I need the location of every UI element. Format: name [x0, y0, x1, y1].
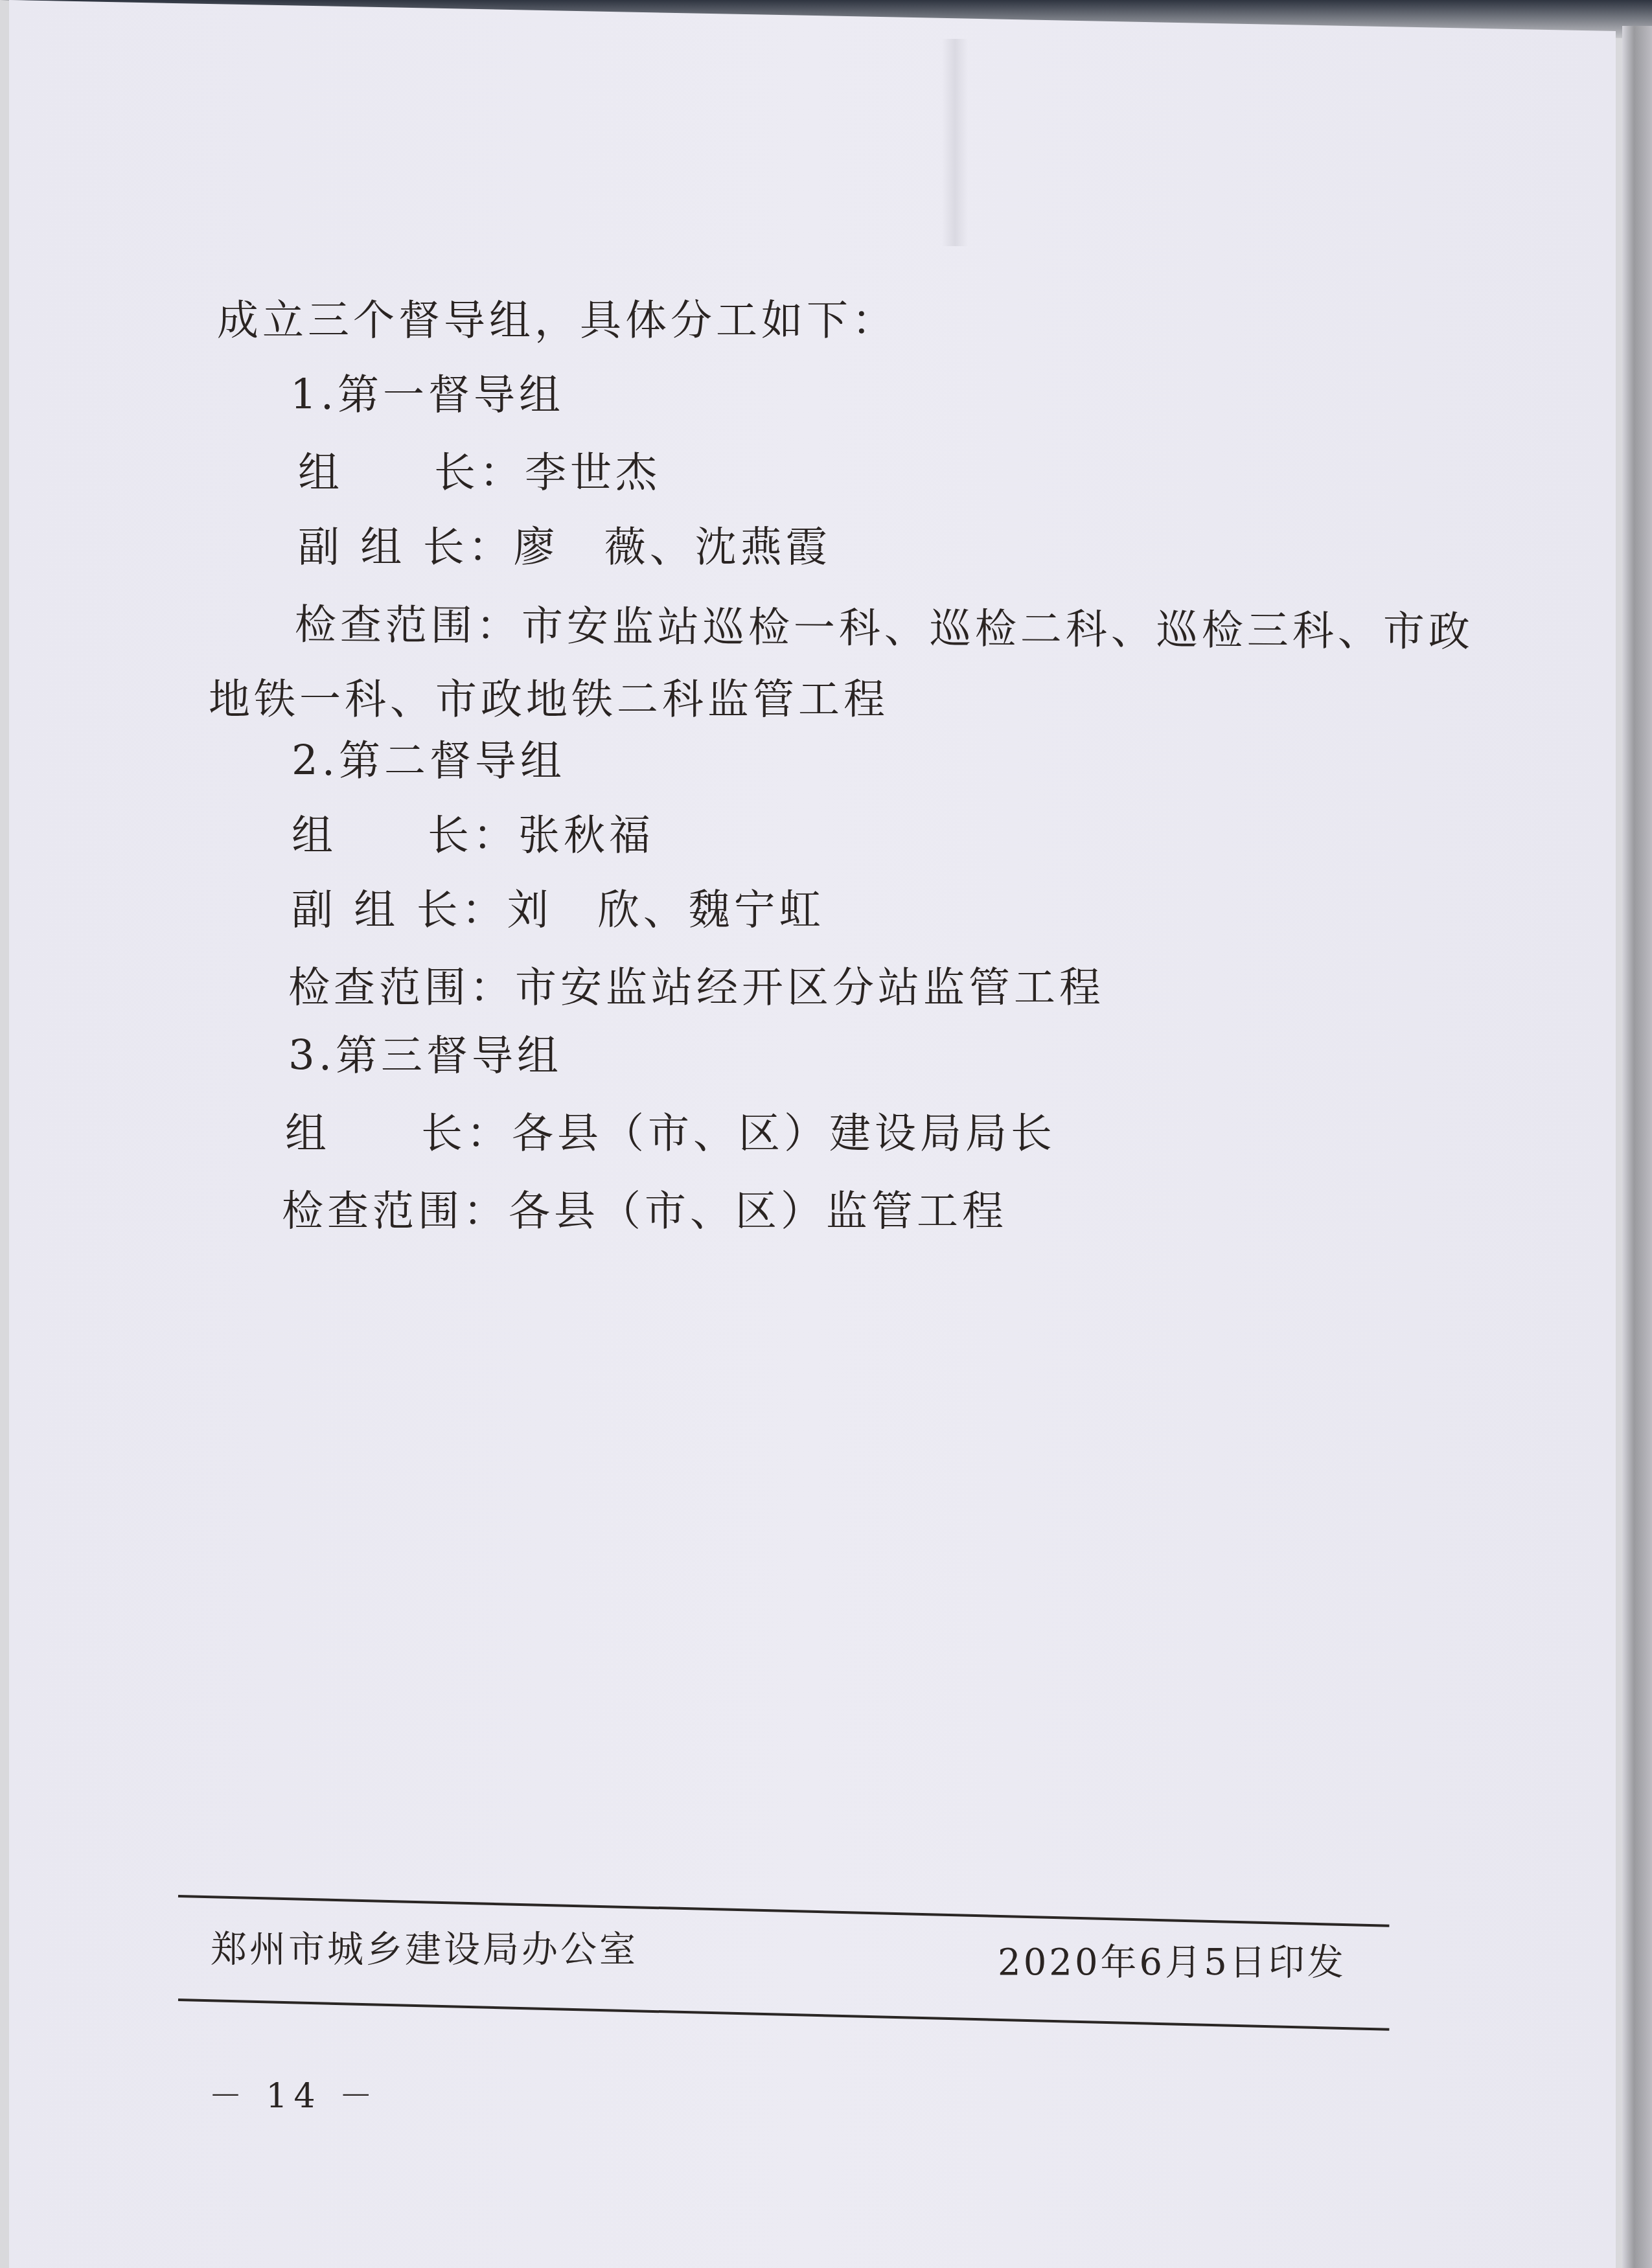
leader-name: 李世杰: [525, 449, 661, 497]
page-right-edge: [1622, 26, 1652, 2268]
leader-label: 组 长：: [285, 1110, 512, 1158]
deputy-label: 副 组 长：: [298, 523, 514, 571]
group-1-scope-continued: 地铁一科、市政地铁二科监管工程: [209, 674, 889, 726]
group-3-heading: 3.第三督导组: [288, 1030, 562, 1082]
group-3-leader: 组 长：各县（市、区）建设局局长: [285, 1108, 1056, 1160]
scope-text: 市安监站巡检一科、巡检二科、巡检三科、市政: [522, 602, 1474, 656]
page-number: － 14 －: [209, 2068, 379, 2117]
group-1-scope: 检查范围：市安监站巡检一科、巡检二科、巡检三科、市政: [295, 599, 1474, 658]
intro-line: 成立三个督导组，具体分工如下：: [217, 295, 897, 347]
scope-label: 检查范围：: [295, 601, 522, 650]
group-2-deputy: 副 组 长：刘 欣、魏宁虹: [292, 884, 825, 936]
leader-name: 张秋福: [518, 812, 654, 860]
deputy-names: 廖 薇、沈燕霞: [514, 523, 831, 571]
leader-label: 组 长：: [292, 812, 518, 860]
group-3-scope: 检查范围：各县（市、区）监管工程: [282, 1186, 1007, 1237]
scope-text: 市安监站经开区分站监管工程: [515, 964, 1105, 1012]
leader-label: 组 长：: [298, 449, 525, 497]
scope-label: 检查范围：: [282, 1187, 509, 1235]
issue-date: 2020年6月5日印发: [998, 1940, 1346, 1986]
scope-label: 检查范围：: [288, 964, 515, 1012]
deputy-label: 副 组 长：: [292, 886, 507, 934]
paper-fold-shadow: [942, 39, 968, 246]
group-1-deputy: 副 组 长：廖 薇、沈燕霞: [298, 521, 831, 573]
group-2-scope: 检查范围：市安监站经开区分站监管工程: [288, 962, 1105, 1014]
leader-name: 各县（市、区）建设局局长: [512, 1110, 1056, 1158]
group-2-heading: 2.第二督导组: [292, 735, 566, 787]
group-2-leader: 组 长：张秋福: [292, 810, 654, 862]
group-1-heading: 1.第一督导组: [290, 369, 564, 421]
issuer-name: 郑州市城乡建设局办公室: [211, 1927, 638, 1973]
group-1-leader: 组 长：李世杰: [298, 447, 661, 499]
deputy-names: 刘 欣、魏宁虹: [507, 886, 825, 934]
scope-text: 各县（市、区）监管工程: [509, 1187, 1007, 1235]
